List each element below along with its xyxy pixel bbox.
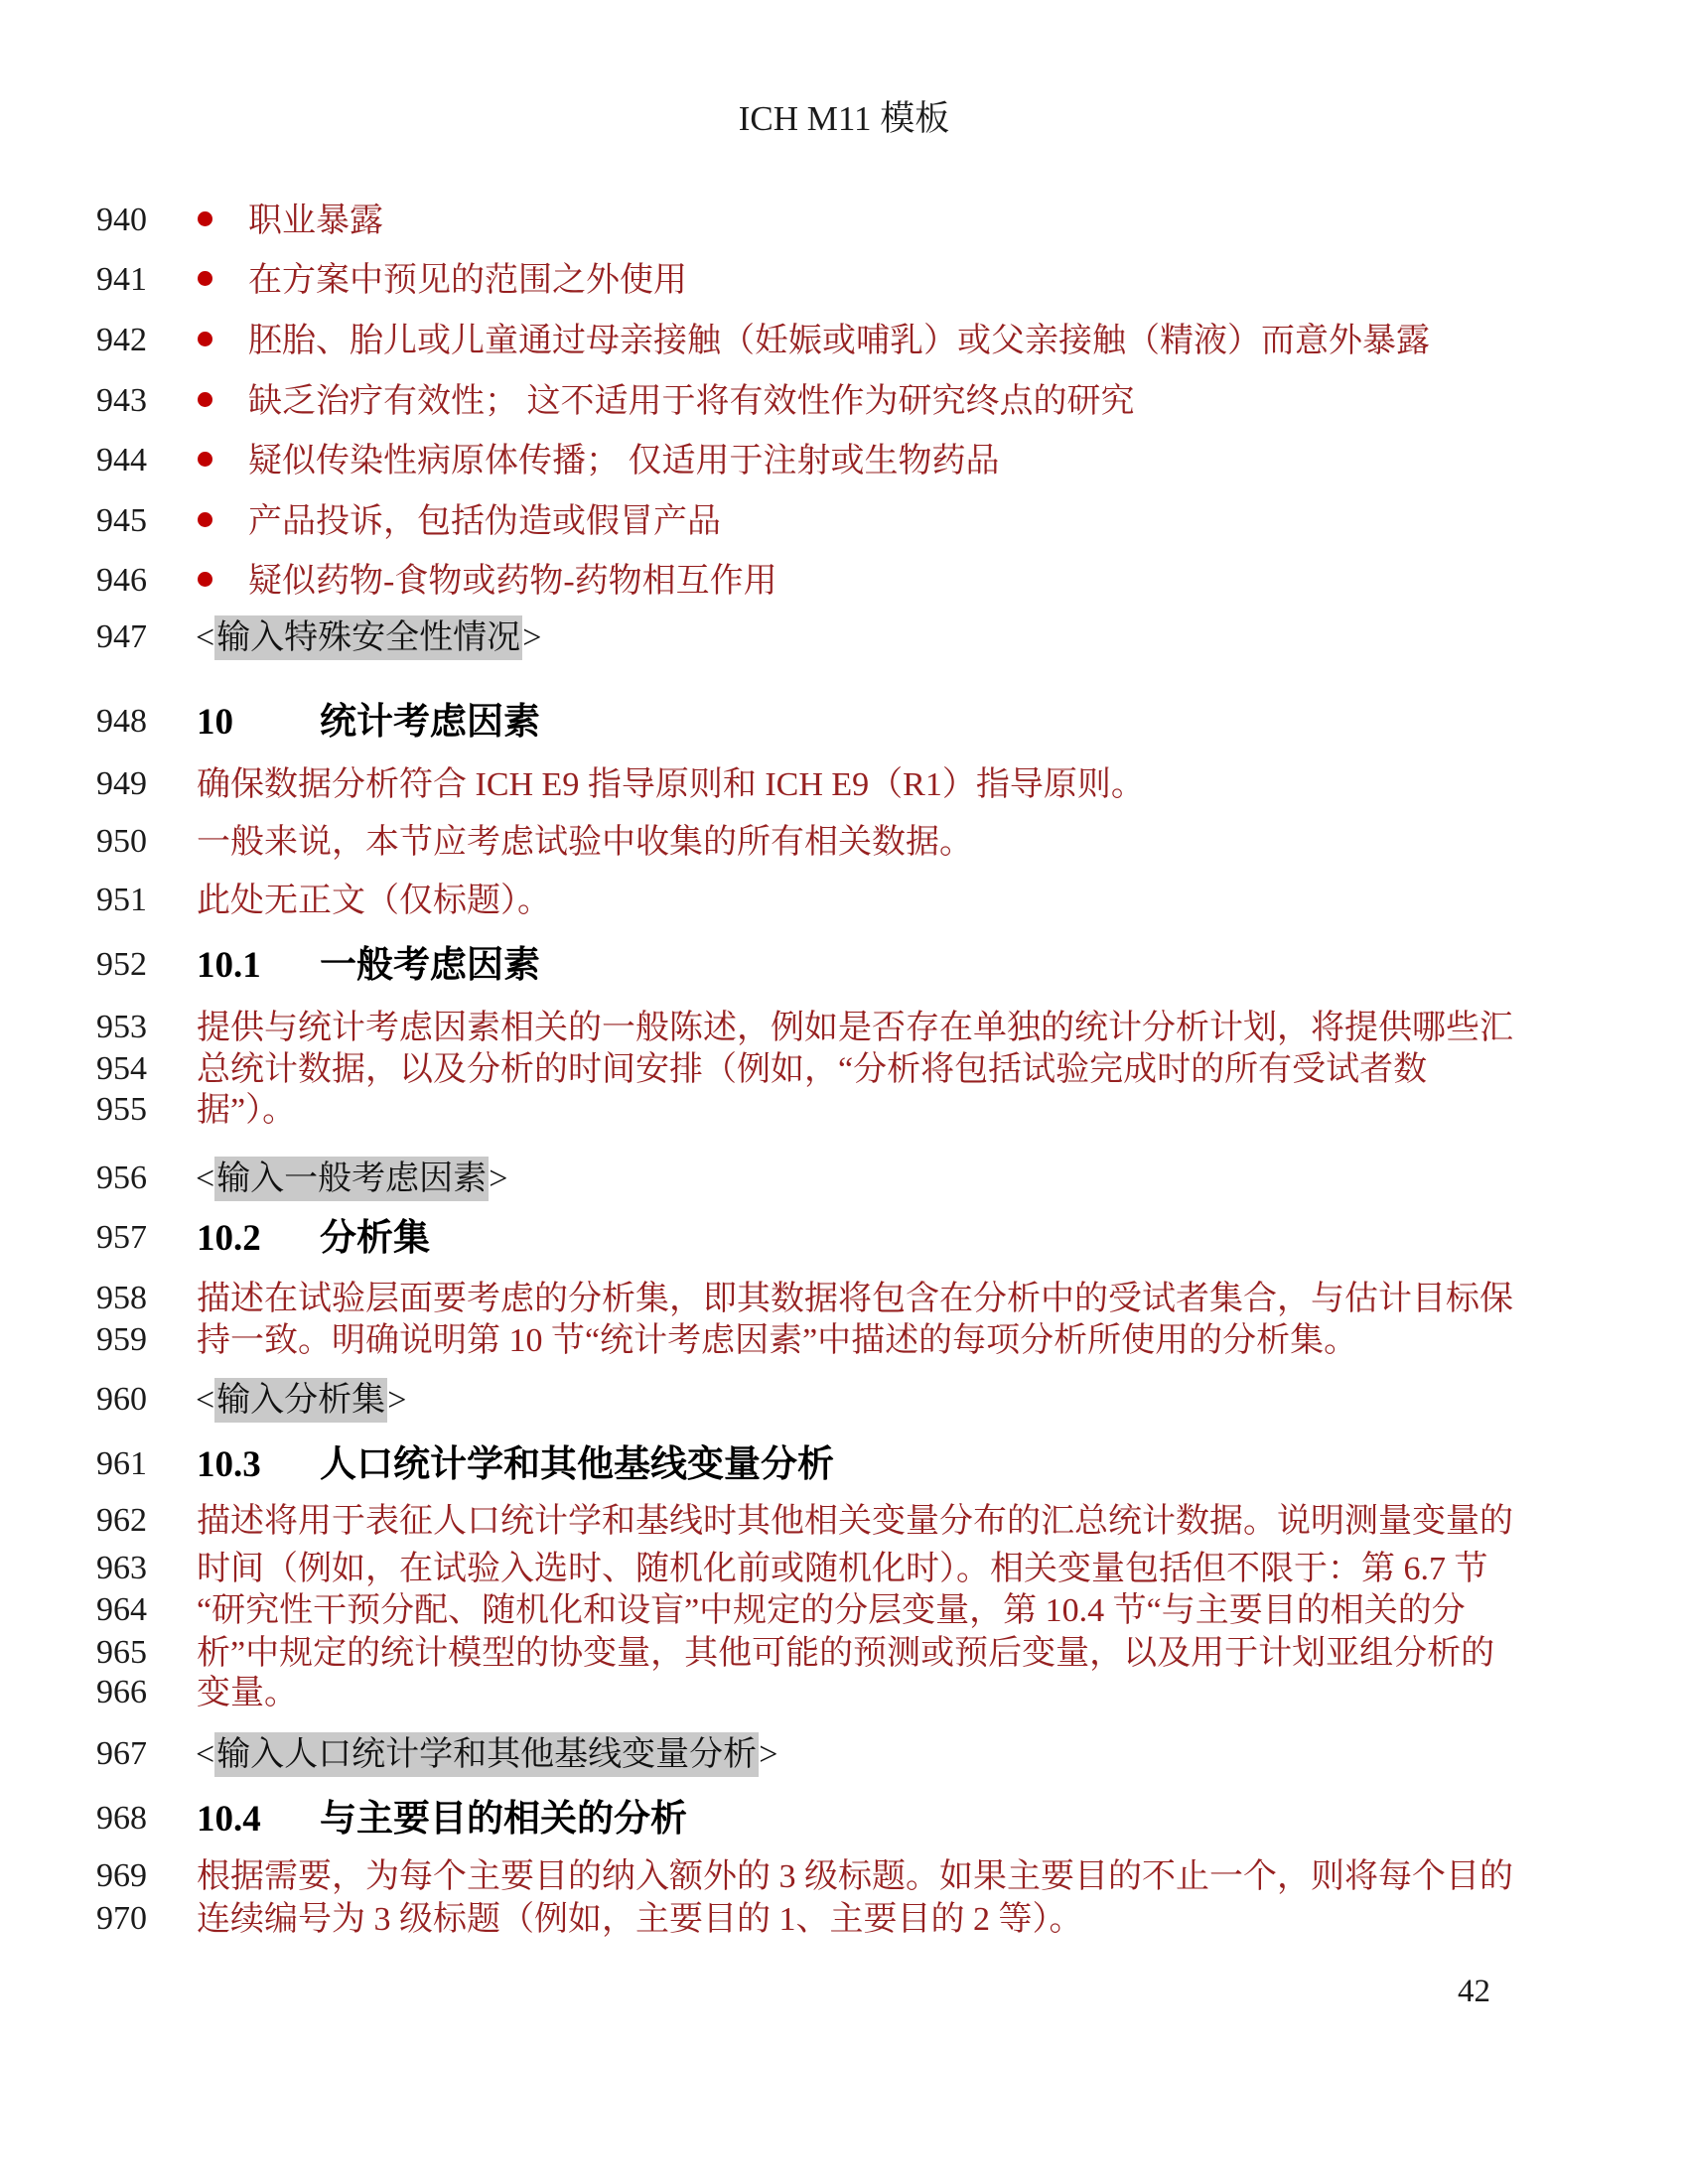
- line-number: 966: [79, 1676, 147, 1709]
- placeholder-field-analysis-sets[interactable]: <输入分析集>: [196, 1380, 406, 1421]
- line-number: 947: [79, 620, 147, 654]
- doc-line-949: 949 确保数据分析符合 ICH E9 指导原则和 ICH E9（R1）指导原则…: [0, 764, 1688, 814]
- bullet-item-text: 疑似药物-食物或药物-药物相互作用: [248, 561, 777, 602]
- doc-line-957: 957 10.2 分析集: [0, 1218, 1688, 1268]
- paragraph-text: 变量。: [197, 1673, 298, 1713]
- bullet-item-text: 职业暴露: [248, 201, 383, 241]
- section-title: 人口统计学和其他基线变量分析: [320, 1444, 834, 1487]
- section-title: 分析集: [320, 1218, 430, 1261]
- section-number: 10.2: [197, 1218, 261, 1261]
- bullet-icon: [198, 512, 212, 527]
- doc-line-950: 950 一般来说，本节应考虑试验中收集的所有相关数据。: [0, 822, 1688, 872]
- line-number: 957: [79, 1221, 147, 1255]
- doc-line-943: 943 缺乏治疗有效性； 这不适用于将有效性作为研究终点的研究: [0, 381, 1688, 431]
- paragraph-text: 描述在试验层面要考虑的分析集，即其数据将包含在分析中的受试者集合，与估计目标保: [197, 1279, 1513, 1319]
- bullet-item-text: 产品投诉，包括伪造或假冒产品: [248, 501, 721, 542]
- paragraph-text: 根据需要，为每个主要目的纳入额外的 3 级标题。如果主要目的不止一个，则将每个目…: [197, 1856, 1513, 1897]
- document-page: ICH M11 模板 940 职业暴露 941 在方案中预见的范围之外使用 94…: [0, 0, 1688, 2184]
- line-number: 964: [79, 1593, 147, 1627]
- bullet-icon: [198, 392, 212, 407]
- section-number: 10.4: [197, 1799, 261, 1842]
- paragraph-text: 连续编号为 3 级标题（例如，主要目的 1、主要目的 2 等）。: [197, 1899, 1083, 1940]
- line-number: 963: [79, 1552, 147, 1585]
- line-number: 954: [79, 1052, 147, 1086]
- paragraph-text: 描述将用于表征人口统计学和基线时其他相关变量分布的汇总统计数据。说明测量变量的: [197, 1501, 1513, 1542]
- paragraph-text: 一般来说，本节应考虑试验中收集的所有相关数据。: [197, 822, 973, 863]
- doc-line-967: 967 <输入人口统计学和其他基线变量分析>: [0, 1734, 1688, 1784]
- line-number: 950: [79, 825, 147, 859]
- doc-line-956: 956 <输入一般考虑因素>: [0, 1159, 1688, 1208]
- bracket-open: <: [196, 1382, 214, 1419]
- doc-line-940: 940 职业暴露: [0, 201, 1688, 250]
- bullet-item-text: 缺乏治疗有效性； 这不适用于将有效性作为研究终点的研究: [248, 381, 1135, 422]
- line-number: 960: [79, 1383, 147, 1417]
- bracket-close: >: [489, 1160, 507, 1197]
- line-number: 953: [79, 1011, 147, 1044]
- bracket-open: <: [196, 619, 214, 656]
- placeholder-text: 输入分析集: [214, 1378, 387, 1423]
- placeholder-field-general-considerations[interactable]: <输入一般考虑因素>: [196, 1159, 507, 1199]
- doc-line-946: 946 疑似药物-食物或药物-药物相互作用: [0, 561, 1688, 611]
- bullet-item-text: 疑似传染性病原体传播； 仅适用于注射或生物药品: [248, 441, 1000, 481]
- section-number: 10.3: [197, 1444, 261, 1487]
- placeholder-text: 输入特殊安全性情况: [214, 615, 522, 660]
- line-number: 967: [79, 1737, 147, 1771]
- paragraph-text: 总统计数据，以及分析的时间安排（例如，“分析将包括试验完成时的所有受试者数: [197, 1049, 1427, 1090]
- placeholder-field-demographics-baseline[interactable]: <输入人口统计学和其他基线变量分析>: [196, 1734, 777, 1775]
- doc-line-951: 951 此处无正文（仅标题）。: [0, 881, 1688, 930]
- bracket-close: >: [387, 1382, 406, 1419]
- line-number: 970: [79, 1902, 147, 1936]
- line-number: 944: [79, 444, 147, 478]
- line-number: 949: [79, 767, 147, 801]
- section-number: 10: [197, 702, 233, 745]
- doc-line-970: 970 连续编号为 3 级标题（例如，主要目的 1、主要目的 2 等）。: [0, 1899, 1688, 1949]
- line-number: 959: [79, 1323, 147, 1357]
- line-number: 962: [79, 1504, 147, 1538]
- doc-line-944: 944 疑似传染性病原体传播； 仅适用于注射或生物药品: [0, 441, 1688, 490]
- line-number: 956: [79, 1161, 147, 1195]
- doc-line-959: 959 持一致。明确说明第 10 节“统计考虑因素”中描述的每项分析所使用的分析…: [0, 1320, 1688, 1370]
- line-number: 961: [79, 1447, 147, 1481]
- line-number: 955: [79, 1093, 147, 1127]
- paragraph-text: 持一致。明确说明第 10 节“统计考虑因素”中描述的每项分析所使用的分析集。: [197, 1320, 1357, 1361]
- placeholder-text: 输入一般考虑因素: [214, 1157, 489, 1201]
- line-number: 946: [79, 564, 147, 598]
- bracket-open: <: [196, 1736, 214, 1773]
- placeholder-text: 输入人口统计学和其他基线变量分析: [214, 1732, 759, 1777]
- page-number: 42: [1458, 1976, 1490, 2008]
- bullet-icon: [198, 271, 212, 286]
- bullet-icon: [198, 452, 212, 467]
- line-number: 941: [79, 263, 147, 297]
- line-number: 942: [79, 324, 147, 357]
- bracket-open: <: [196, 1160, 214, 1197]
- bracket-close: >: [759, 1736, 777, 1773]
- line-number: 948: [79, 705, 147, 739]
- bullet-icon: [198, 332, 212, 346]
- paragraph-text: 提供与统计考虑因素相关的一般陈述，例如是否存在单独的统计分析计划，将提供哪些汇: [197, 1008, 1513, 1048]
- paragraph-text: 析”中规定的统计模型的协变量，其他可能的预测或预后变量，以及用于计划亚组分析的: [197, 1633, 1494, 1674]
- line-number: 945: [79, 504, 147, 538]
- doc-line-968: 968 10.4 与主要目的相关的分析: [0, 1799, 1688, 1848]
- doc-line-955: 955 据”）。: [0, 1090, 1688, 1140]
- doc-line-966: 966 变量。: [0, 1673, 1688, 1722]
- doc-line-942: 942 胚胎、胎儿或儿童通过母亲接触（妊娠或哺乳）或父亲接触（精液）而意外暴露: [0, 321, 1688, 370]
- line-number: 958: [79, 1282, 147, 1315]
- doc-line-948: 948 10 统计考虑因素: [0, 702, 1688, 751]
- line-number: 943: [79, 384, 147, 418]
- doc-line-941: 941 在方案中预见的范围之外使用: [0, 260, 1688, 310]
- bullet-icon: [198, 211, 212, 226]
- bracket-close: >: [522, 619, 541, 656]
- doc-line-960: 960 <输入分析集>: [0, 1380, 1688, 1430]
- doc-line-961: 961 10.3 人口统计学和其他基线变量分析: [0, 1444, 1688, 1494]
- doc-line-947: 947 <输入特殊安全性情况>: [0, 617, 1688, 667]
- document-header-title: ICH M11 模板: [0, 101, 1688, 136]
- paragraph-text: “研究性干预分配、随机化和设盲”中规定的分层变量，第 10.4 节“与主要目的相…: [197, 1590, 1466, 1631]
- paragraph-text: 此处无正文（仅标题）。: [197, 881, 551, 921]
- line-number: 965: [79, 1636, 147, 1670]
- placeholder-field-special-safety[interactable]: <输入特殊安全性情况>: [196, 617, 541, 658]
- line-number: 940: [79, 204, 147, 237]
- bullet-item-text: 在方案中预见的范围之外使用: [248, 260, 687, 301]
- section-title: 统计考虑因素: [320, 702, 540, 745]
- bullet-item-text: 胚胎、胎儿或儿童通过母亲接触（妊娠或哺乳）或父亲接触（精液）而意外暴露: [248, 321, 1430, 361]
- paragraph-text: 据”）。: [197, 1090, 296, 1131]
- paragraph-text: 确保数据分析符合 ICH E9 指导原则和 ICH E9（R1）指导原则。: [197, 764, 1145, 805]
- bullet-icon: [198, 572, 212, 587]
- section-number: 10.1: [197, 945, 261, 988]
- section-title: 与主要目的相关的分析: [320, 1799, 687, 1842]
- doc-line-952: 952 10.1 一般考虑因素: [0, 945, 1688, 995]
- section-title: 一般考虑因素: [320, 945, 540, 988]
- line-number: 952: [79, 948, 147, 982]
- doc-line-945: 945 产品投诉，包括伪造或假冒产品: [0, 501, 1688, 551]
- paragraph-text: 时间（例如，在试验入选时、随机化前或随机化时）。相关变量包括但不限于：第 6.7…: [197, 1549, 1488, 1589]
- line-number: 968: [79, 1802, 147, 1836]
- doc-line-962: 962 描述将用于表征人口统计学和基线时其他相关变量分布的汇总统计数据。说明测量…: [0, 1501, 1688, 1551]
- line-number: 951: [79, 884, 147, 917]
- line-number: 969: [79, 1859, 147, 1893]
